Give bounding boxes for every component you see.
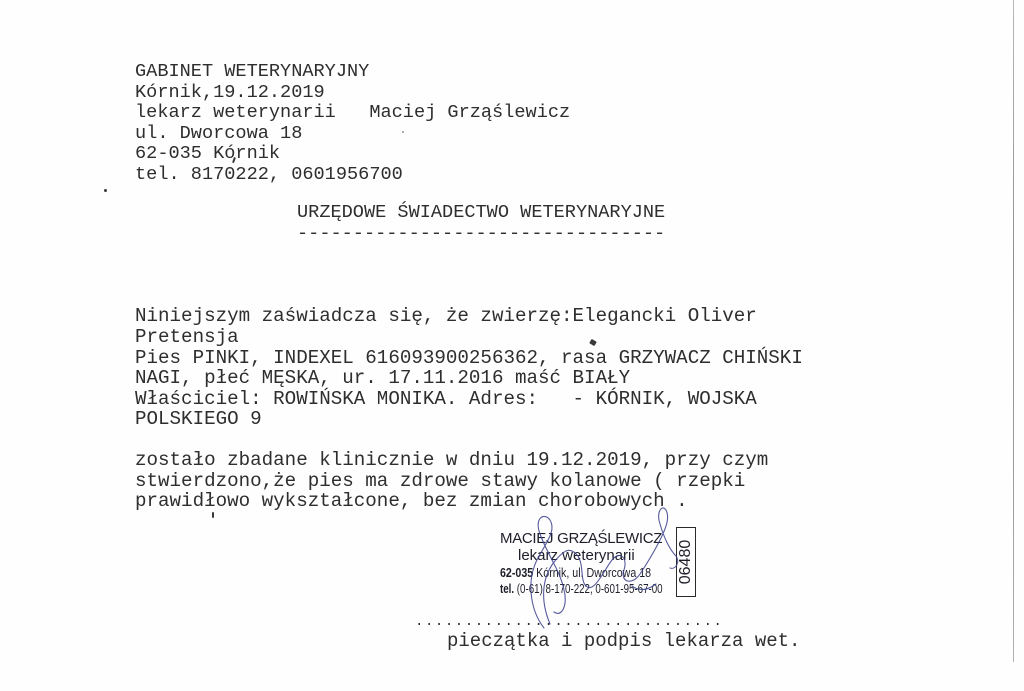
stamp-license-box: 06480 bbox=[676, 527, 696, 597]
body-line: zostało zbadane klinicznie w dniu 19.12.… bbox=[135, 450, 768, 471]
ink-mark bbox=[589, 339, 597, 346]
stamp-phone: tel. (0-61) 8-170-222, 0-601-95-67-00 bbox=[500, 582, 663, 596]
title-underline: --------------------------------- bbox=[297, 223, 665, 244]
body-line: prawidłowo wykształcone, bez zmian choro… bbox=[135, 491, 688, 512]
ink-mark bbox=[212, 512, 214, 518]
stamp-name: MACIEJ GRZĄŚLEWICZ bbox=[500, 530, 662, 547]
scanned-certificate-page: GABINET WETERYNARYJNY Kórnik,19.12.2019 … bbox=[0, 0, 1024, 691]
stamp-address: 62-035 Kórnik, ul. Dworcowa 18 bbox=[500, 565, 651, 580]
scan-speck bbox=[104, 189, 107, 192]
body-line: NAGI, płeć MĘSKA, ur. 17.11.2016 maść BI… bbox=[135, 368, 630, 389]
place-date: Kórnik,19.12.2019 bbox=[135, 82, 325, 103]
stamp-postal-code: 62-035 bbox=[500, 565, 533, 580]
stamp-street: Kórnik, ul. Dworcowa 18 bbox=[536, 565, 651, 580]
clinic-postal-city: 62-035 Kórnik bbox=[135, 143, 280, 164]
body-line: Pretensja bbox=[135, 327, 239, 348]
body-line: Niniejszym zaświadcza się, że zwierzę:El… bbox=[135, 306, 757, 327]
stamp-phone-prefix: tel. bbox=[500, 582, 514, 596]
signature-dotted-line: ............................... bbox=[415, 614, 724, 630]
scan-speck bbox=[402, 131, 404, 133]
clinic-phone: tel. 8170222, 0601956700 bbox=[135, 164, 403, 185]
body-line: Właściciel: ROWIŃSKA MONIKA. Adres: - KÓ… bbox=[135, 389, 757, 410]
document-title: URZĘDOWE ŚWIADECTWO WETERYNARYJNE bbox=[297, 202, 665, 223]
clinic-street: ul. Dworcowa 18 bbox=[135, 123, 302, 144]
body-line: Pies PINKI, INDEXEL 616093900256362, ras… bbox=[135, 348, 803, 369]
body-line: stwierdzono,że pies ma zdrowe stawy kola… bbox=[135, 471, 745, 492]
signature-caption: pieczątka i podpis lekarza wet. bbox=[447, 631, 800, 652]
body-line: POLSKIEGO 9 bbox=[135, 409, 262, 430]
doctor-line: lekarz weterynarii Maciej Grząślewicz bbox=[135, 102, 570, 123]
stamp-phone-number: (0-61) 8-170-222, 0-601-95-67-00 bbox=[517, 582, 663, 596]
stamp-title: lekarz weterynarii bbox=[518, 547, 635, 564]
scan-edge-line bbox=[1013, 0, 1014, 662]
clinic-name: GABINET WETERYNARYJNY bbox=[135, 61, 369, 82]
stamp-license-number: 06480 bbox=[677, 540, 695, 585]
